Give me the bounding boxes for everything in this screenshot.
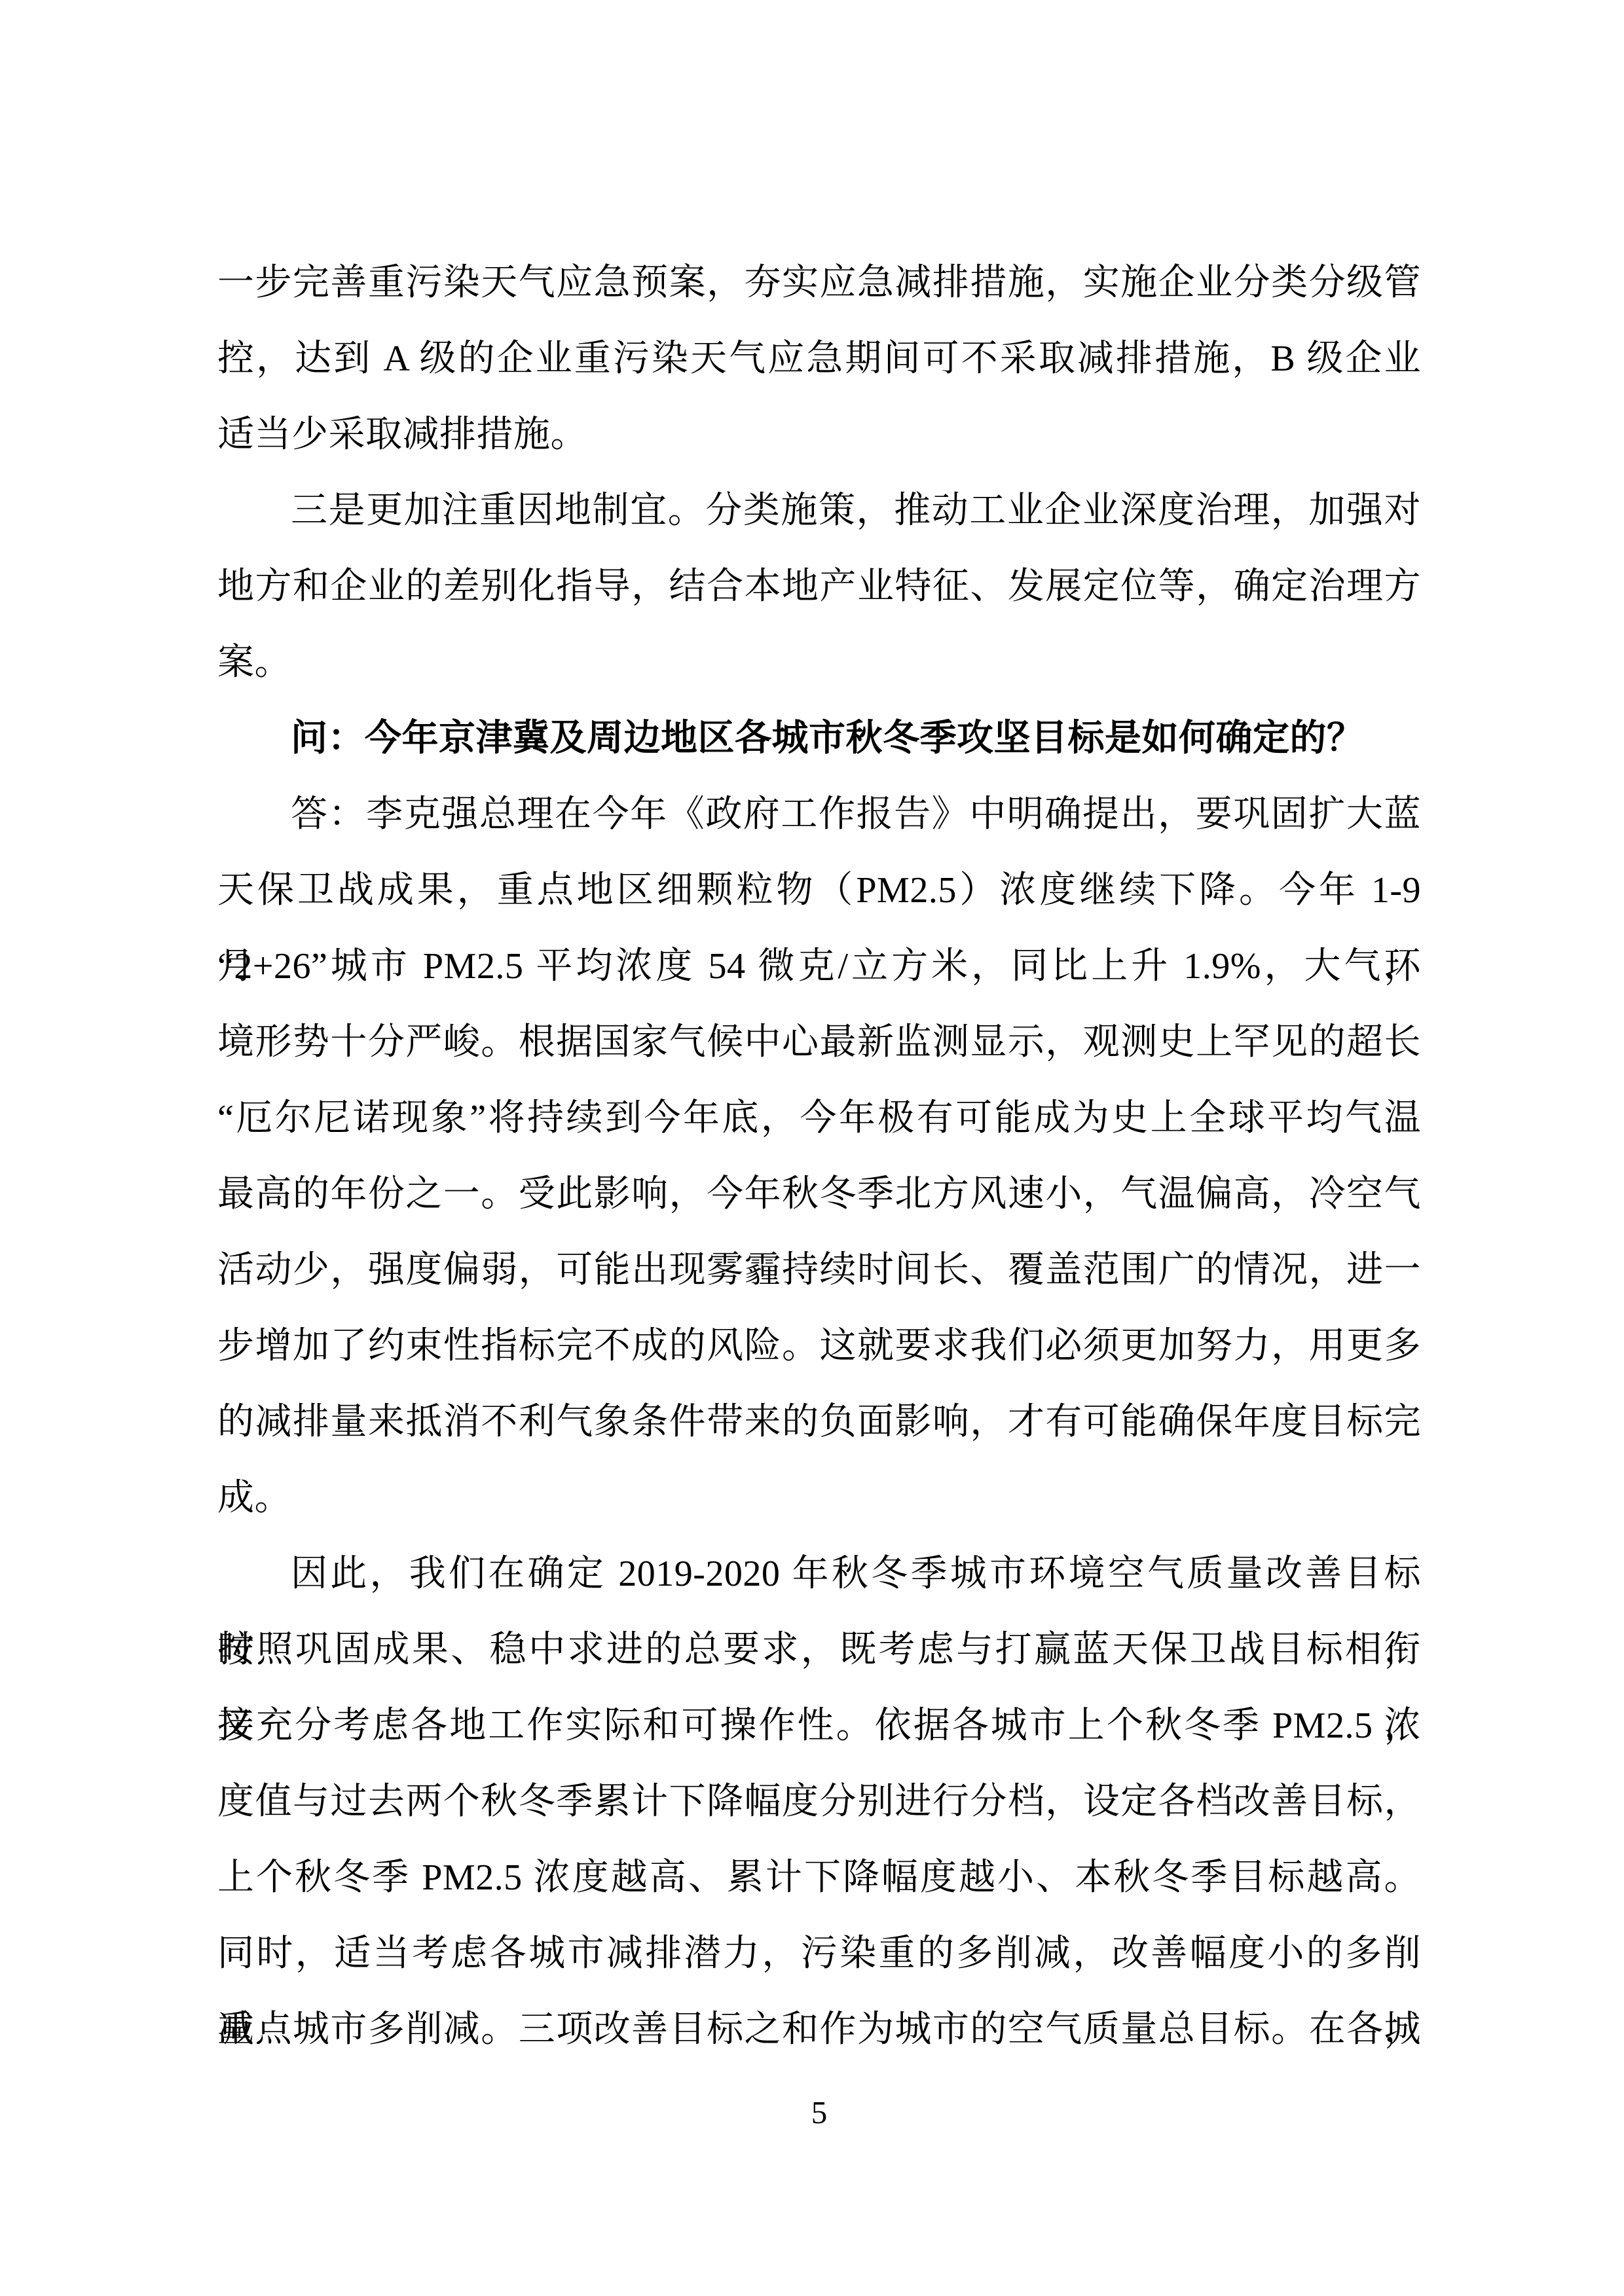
text-line: “2+26”城市 PM2.5 平均浓度 54 微克/立方米，同比上升 1.9%，… bbox=[217, 928, 1421, 1004]
text-line: 又充分考虑各地工作实际和可操作性。依据各城市上个秋冬季 PM2.5 浓 bbox=[217, 1688, 1421, 1764]
text-line: 活动少，强度偏弱，可能出现雾霾持续时间长、覆盖范围广的情况，进一 bbox=[217, 1232, 1421, 1308]
text-line: 三是更加注重因地制宜。分类施策，推动工业企业深度治理，加强对 bbox=[217, 473, 1421, 549]
text-line: 度值与过去两个秋冬季累计下降幅度分别进行分档，设定各档改善目标， bbox=[217, 1764, 1421, 1840]
text-line: 最高的年份之一。受此影响，今年秋冬季北方风速小，气温偏高，冷空气 bbox=[217, 1156, 1421, 1232]
text-line: 答：李克强总理在今年《政府工作报告》中明确提出，要巩固扩大蓝 bbox=[217, 776, 1421, 852]
text-line: 问：今年京津冀及周边地区各城市秋冬季攻坚目标是如何确定的？ bbox=[217, 701, 1421, 776]
text-line: 一步完善重污染天气应急预案，夯实应急减排措施，实施企业分类分级管 bbox=[217, 245, 1421, 321]
text-line: 按照巩固成果、稳中求进的总要求，既考虑与打赢蓝天保卫战目标相衔接， bbox=[217, 1612, 1421, 1688]
text-line: 境形势十分严峻。根据国家气候中心最新监测显示，观测史上罕见的超长 bbox=[217, 1004, 1421, 1080]
text-line: 的减排量来抵消不利气象条件带来的负面影响，才有可能确保年度目标完 bbox=[217, 1384, 1421, 1460]
document-page: 一步完善重污染天气应急预案，夯实应急减排措施，实施企业分类分级管控，达到 A 级… bbox=[0, 0, 1624, 2296]
text-line: 同时，适当考虑各城市减排潜力，污染重的多削减，改善幅度小的多削减， bbox=[217, 1916, 1421, 1992]
page-number: 5 bbox=[217, 2090, 1421, 2136]
document-body: 一步完善重污染天气应急预案，夯实应急减排措施，实施企业分类分级管控，达到 A 级… bbox=[217, 245, 1421, 2068]
text-line: 案。 bbox=[217, 625, 1421, 701]
text-line: 重点城市多削减。三项改善目标之和作为城市的空气质量总目标。在各城 bbox=[217, 1992, 1421, 2068]
text-line: 步增加了约束性指标完不成的风险。这就要求我们必须更加努力，用更多 bbox=[217, 1308, 1421, 1384]
text-line: 上个秋冬季 PM2.5 浓度越高、累计下降幅度越小、本秋冬季目标越高。 bbox=[217, 1840, 1421, 1916]
text-line: 适当少采取减排措施。 bbox=[217, 397, 1421, 473]
text-line: 成。 bbox=[217, 1460, 1421, 1536]
text-line: 因此，我们在确定 2019-2020 年秋冬季城市环境空气质量改善目标时， bbox=[217, 1536, 1421, 1612]
text-line: “厄尔尼诺现象”将持续到今年底，今年极有可能成为史上全球平均气温 bbox=[217, 1080, 1421, 1156]
text-line: 控，达到 A 级的企业重污染天气应急期间可不采取减排措施，B 级企业 bbox=[217, 321, 1421, 397]
text-line: 地方和企业的差别化指导，结合本地产业特征、发展定位等，确定治理方 bbox=[217, 549, 1421, 625]
text-line: 天保卫战成果，重点地区细颗粒物（PM2.5）浓度继续下降。今年 1-9 月， bbox=[217, 852, 1421, 928]
